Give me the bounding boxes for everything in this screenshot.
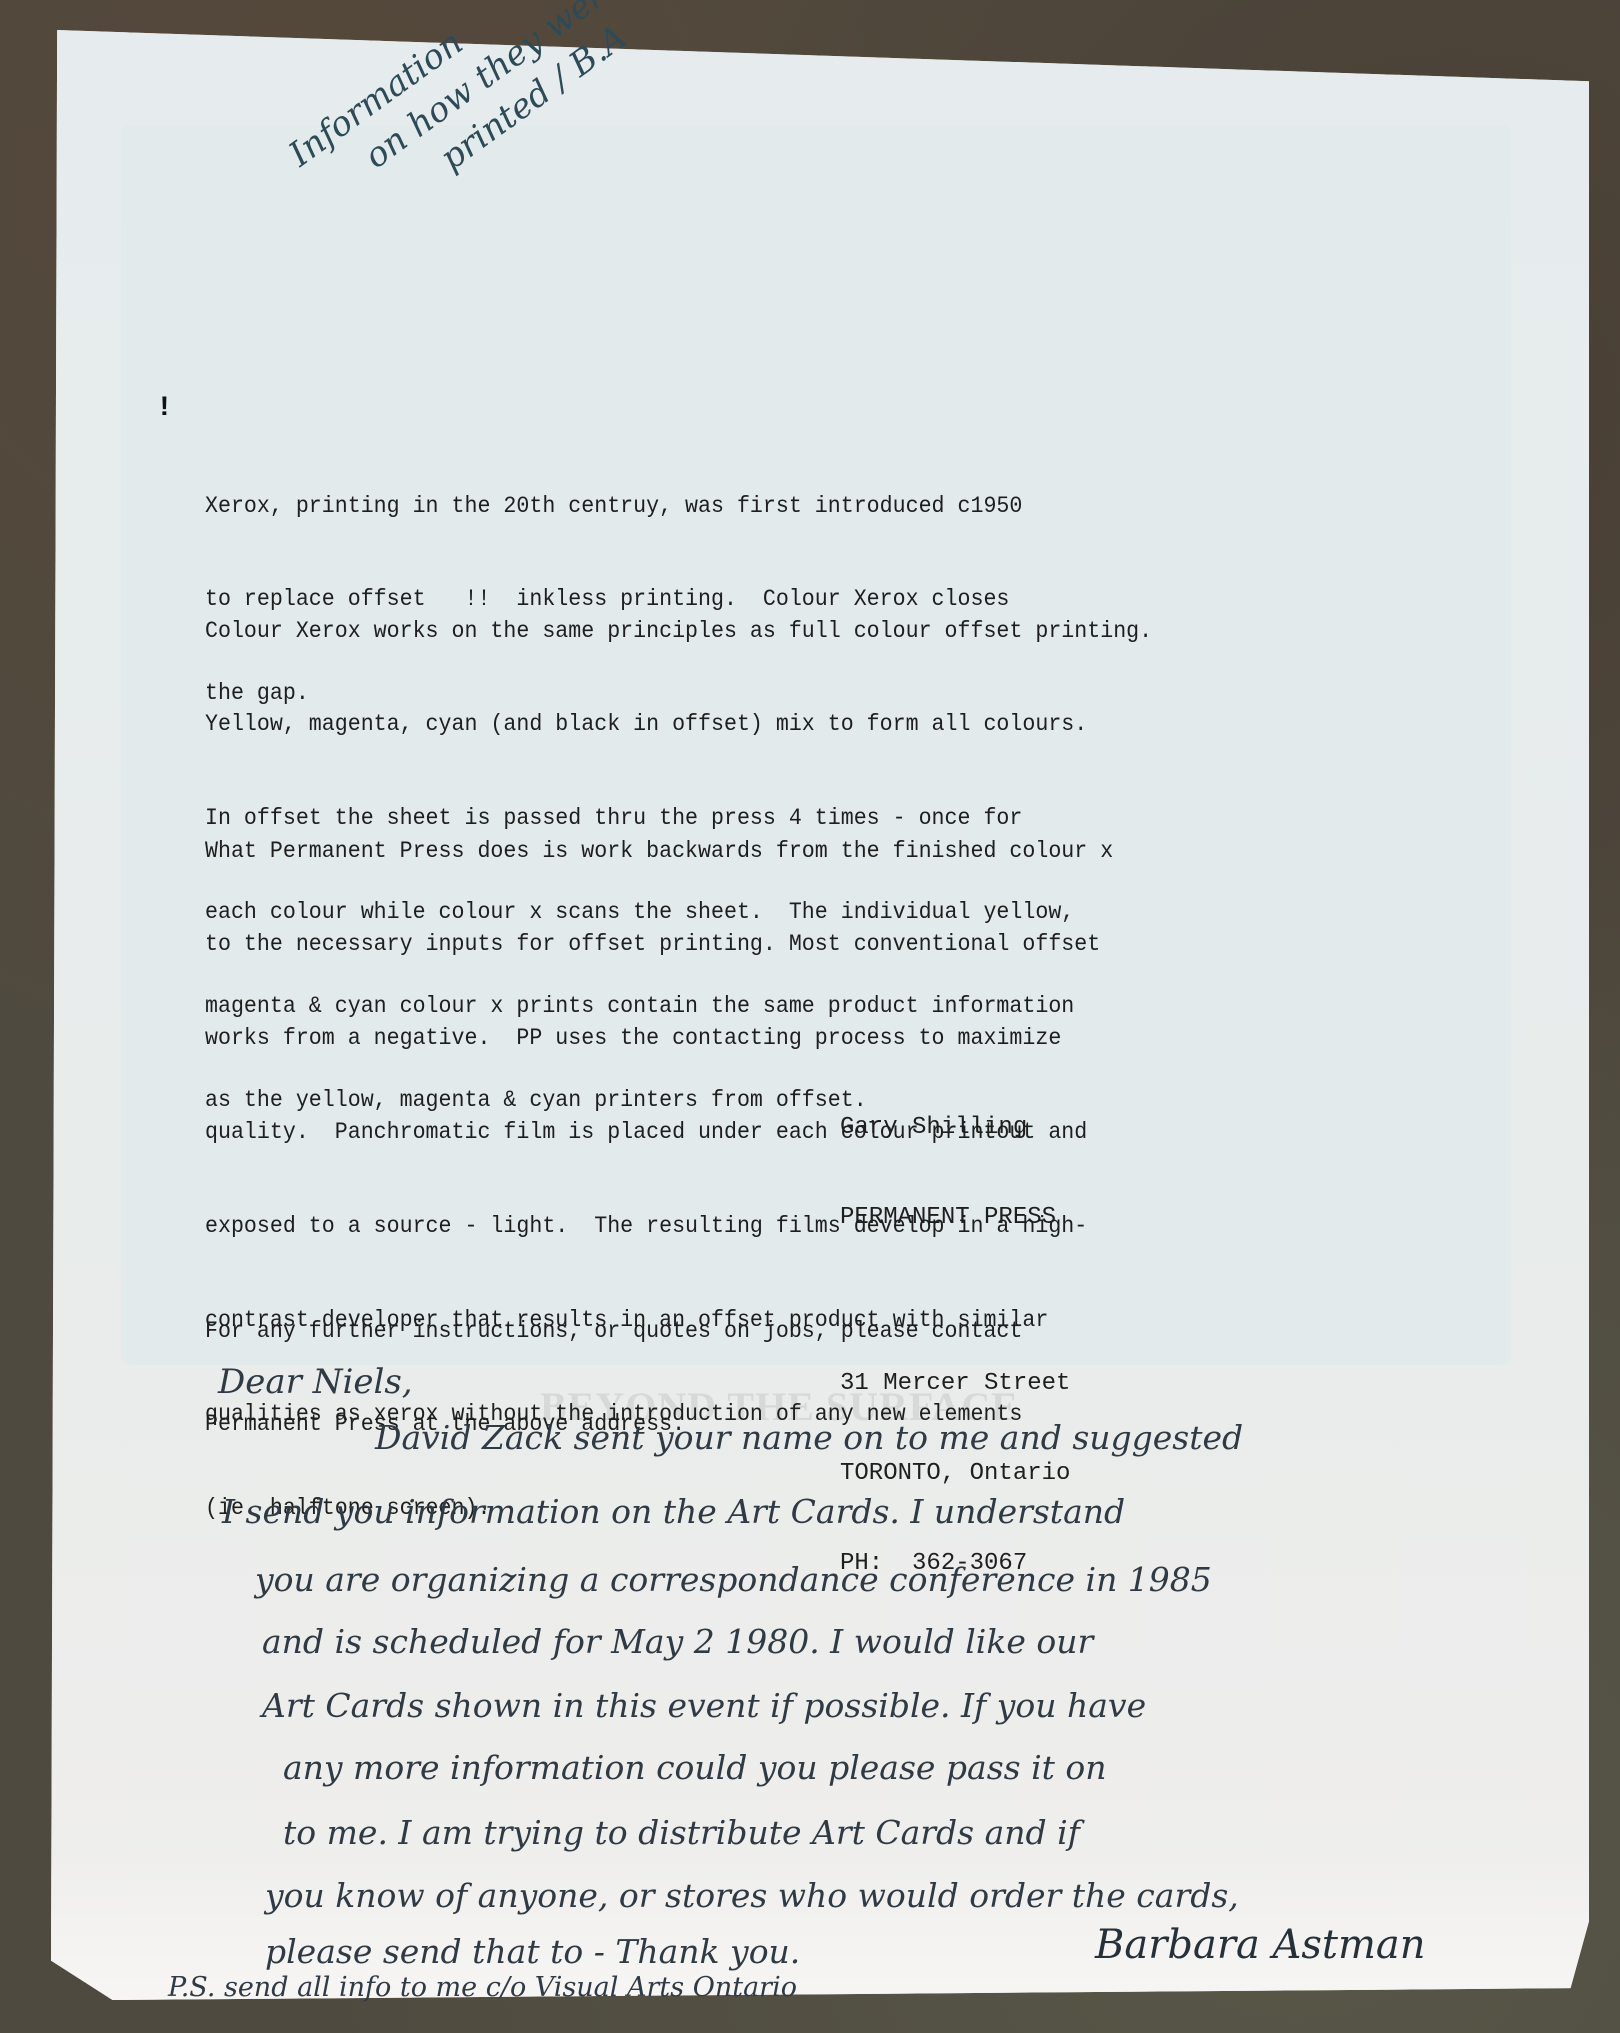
typed-line: What Permanent Press does is work backwa… xyxy=(205,836,1113,867)
typed-line: For any further instructions, or quotes … xyxy=(205,1316,1022,1347)
signature-company: PERMANENT PRESS xyxy=(840,1203,1070,1233)
typed-line: works from a negative. PP uses the conta… xyxy=(205,1023,1113,1054)
typed-line: Colour Xerox works on the same principle… xyxy=(205,616,1152,647)
letter-line: you know of anyone, or stores who would … xyxy=(265,1876,1239,1915)
letter-line: any more information could you please pa… xyxy=(283,1748,1107,1787)
letter-line: Art Cards shown in this event if possibl… xyxy=(262,1686,1146,1725)
margin-exclamation-mark: ! xyxy=(156,393,173,424)
letter-line: I send you information on the Art Cards.… xyxy=(222,1492,1125,1531)
letter-line: please send that to - Thank you. xyxy=(265,1932,800,1971)
letter-line: David Zack sent your name on to me and s… xyxy=(375,1418,1243,1457)
letter-line: you are organizing a correspondance conf… xyxy=(255,1560,1212,1599)
letter-line: to me. I am trying to distribute Art Car… xyxy=(283,1813,1080,1852)
typed-line: to the necessary inputs for offset print… xyxy=(205,929,1113,960)
letter-postscript: P.S. send all info to me c/o Visual Arts… xyxy=(168,1972,797,2003)
letter-signature: Barbara Astman xyxy=(1095,1922,1426,1968)
typed-line: Xerox, printing in the 20th centruy, was… xyxy=(205,491,1022,522)
letter-salutation: Dear Niels, xyxy=(218,1362,413,1402)
letter-line: and is scheduled for May 2 1980. I would… xyxy=(262,1622,1093,1661)
typed-line: Yellow, magenta, cyan (and black in offs… xyxy=(205,709,1152,740)
signature-name: Gary Shilling xyxy=(840,1113,1070,1143)
